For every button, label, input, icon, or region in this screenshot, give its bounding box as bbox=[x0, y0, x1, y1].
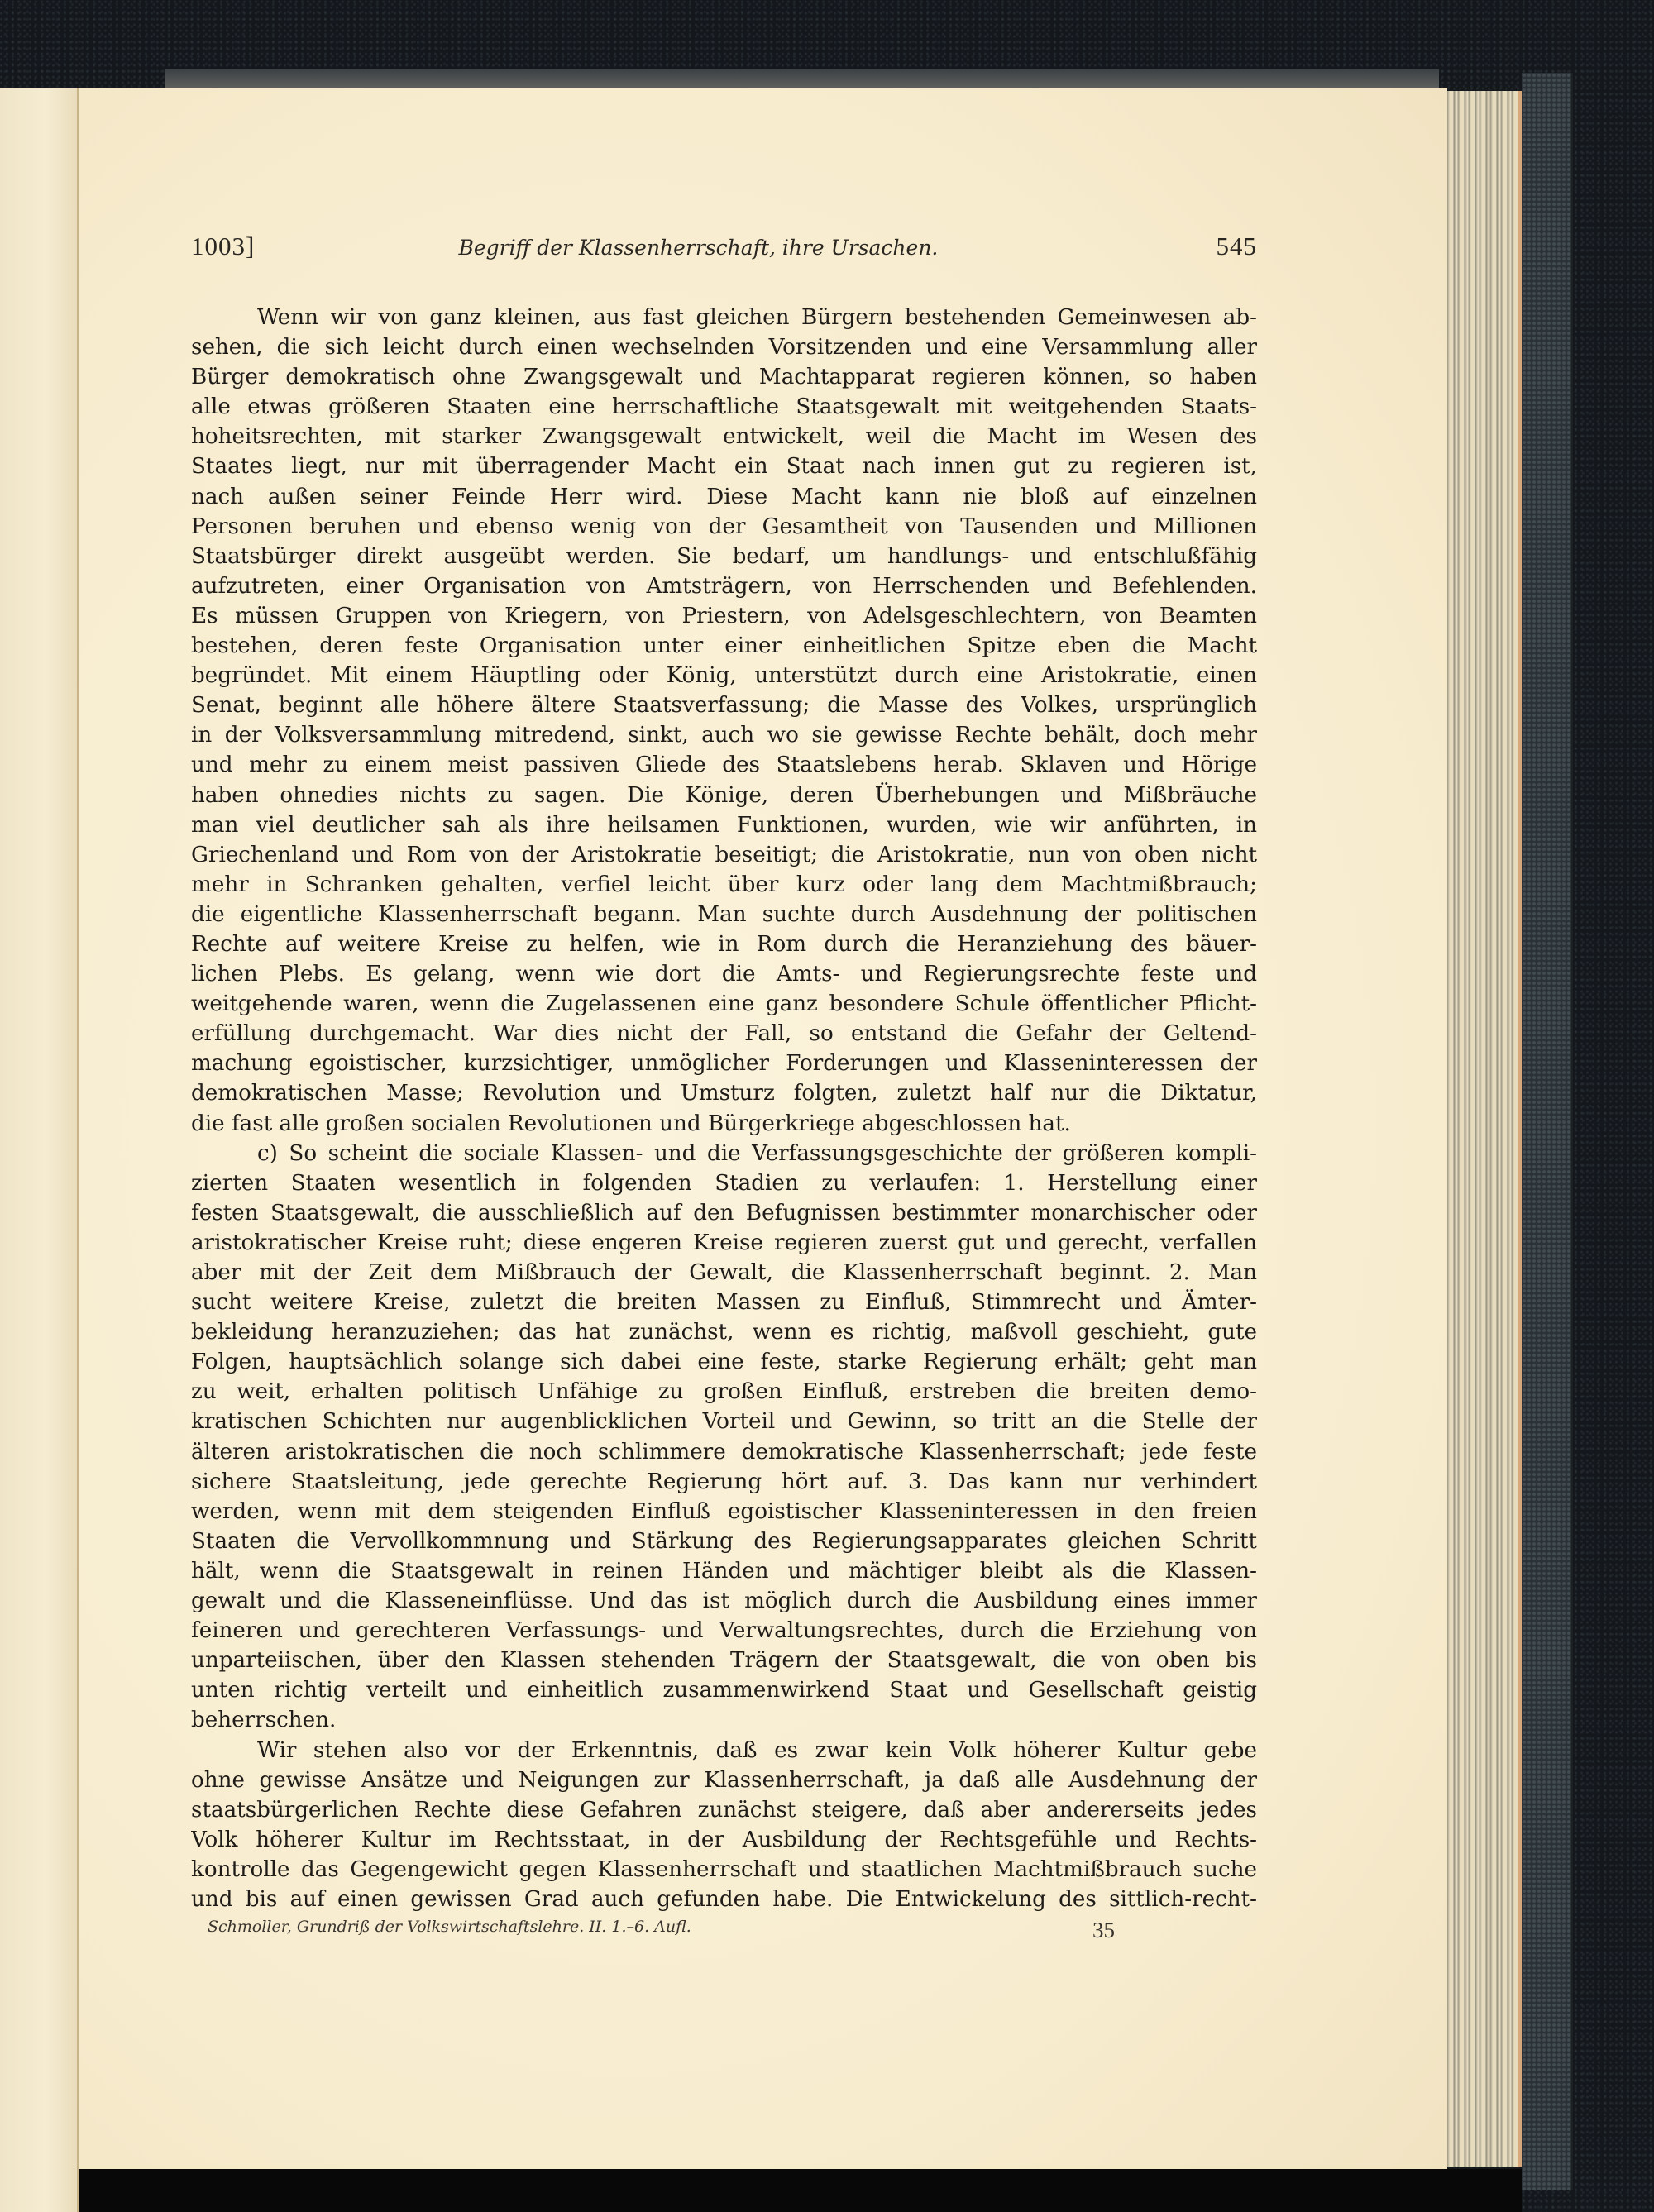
text-line: man viel deutlicher sah als ihre heilsam… bbox=[191, 810, 1257, 840]
text-line: staatsbürgerlichen Rechte diese Gefahren… bbox=[191, 1795, 1257, 1825]
page-footer: Schmoller, Grundriß der Volkswirtschafts… bbox=[191, 1918, 1257, 1942]
text-line: gewalt und die Klasseneinflüsse. Und das… bbox=[191, 1586, 1257, 1616]
text-line: bestehen, deren feste Organisation unter… bbox=[191, 631, 1257, 661]
footer-citation: Schmoller, Grundriß der Volkswirtschafts… bbox=[208, 1918, 691, 1936]
text-line: haben ohnedies nichts zu sagen. Die Köni… bbox=[191, 781, 1257, 810]
book-cover-right-edge bbox=[1522, 73, 1573, 2190]
text-line: c) So scheint die sociale Klassen- und d… bbox=[191, 1139, 1257, 1168]
text-line: demokratischen Masse; Revolution und Ums… bbox=[191, 1078, 1257, 1108]
text-line: älteren aristokratischen die noch schlim… bbox=[191, 1437, 1257, 1467]
text-line: Bürger demokratisch ohne Zwangsgewalt un… bbox=[191, 362, 1257, 392]
text-line: Staates liegt, nur mit überragender Mach… bbox=[191, 451, 1257, 481]
text-line: werden, wenn mit dem steigenden Einfluß … bbox=[191, 1497, 1257, 1526]
text-line: erfüllung durchgemacht. War dies nicht d… bbox=[191, 1019, 1257, 1049]
text-line: festen Staatsgewalt, die ausschließlich … bbox=[191, 1198, 1257, 1228]
text-line: Personen beruhen und ebenso wenig von de… bbox=[191, 512, 1257, 542]
text-line: zu weit, erhalten politisch Unfähige zu … bbox=[191, 1377, 1257, 1407]
text-line: bekleidung heranzuziehen; das hat zunäch… bbox=[191, 1317, 1257, 1347]
text-line: hoheitsrechten, mit starker Zwangsgewalt… bbox=[191, 422, 1257, 451]
text-line: zierten Staaten wesentlich in folgenden … bbox=[191, 1168, 1257, 1198]
text-line: kratischen Schichten nur augenblickliche… bbox=[191, 1407, 1257, 1436]
text-line: beherrschen. bbox=[191, 1705, 1257, 1735]
text-line: kontrolle das Gegengewicht gegen Klassen… bbox=[191, 1855, 1257, 1885]
signature-mark: 35 bbox=[1092, 1918, 1115, 1943]
text-line: Senat, beginnt alle höhere ältere Staats… bbox=[191, 690, 1257, 720]
text-line: Wenn wir von ganz kleinen, aus fast glei… bbox=[191, 303, 1257, 332]
text-line: unten richtig verteilt und einheitlich z… bbox=[191, 1675, 1257, 1705]
text-line: aristokratischer Kreise ruht; diese enge… bbox=[191, 1228, 1257, 1258]
text-line: sehen, die sich leicht durch einen wechs… bbox=[191, 332, 1257, 362]
text-line: aber mit der Zeit dem Mißbrauch der Gewa… bbox=[191, 1258, 1257, 1288]
text-line: und mehr zu einem meist passiven Gliede … bbox=[191, 750, 1257, 780]
bottom-shadow bbox=[79, 2169, 1522, 2212]
text-line: Es müssen Gruppen von Kriegern, von Prie… bbox=[191, 601, 1257, 631]
running-head: 1003] Begriff der Klassenherrschaft, ihr… bbox=[191, 232, 1257, 271]
text-line: Volk höherer Kultur im Rechtsstaat, in d… bbox=[191, 1825, 1257, 1855]
text-line: Rechte auf weitere Kreise zu helfen, wie… bbox=[191, 929, 1257, 959]
running-title: Begriff der Klassenherrschaft, ihre Ursa… bbox=[458, 236, 938, 260]
folio-left: 1003] bbox=[191, 232, 255, 261]
body-text: Wenn wir von ganz kleinen, aus fast glei… bbox=[191, 303, 1257, 1914]
text-line: weitgehende waren, wenn die Zugelassenen… bbox=[191, 989, 1257, 1019]
text-line: unparteiischen, über den Klassen stehend… bbox=[191, 1646, 1257, 1675]
text-line: aufzutreten, einer Organisation von Amts… bbox=[191, 571, 1257, 601]
text-line: Folgen, hauptsächlich solange sich dabei… bbox=[191, 1347, 1257, 1377]
page-number: 545 bbox=[1217, 232, 1258, 261]
page-content: 1003] Begriff der Klassenherrschaft, ihr… bbox=[191, 232, 1257, 1942]
text-line: Griechenland und Rom von der Aristokrati… bbox=[191, 840, 1257, 870]
text-line: mehr in Schranken gehalten, verfiel leic… bbox=[191, 870, 1257, 900]
text-line: machung egoistischer, kurzsichtiger, unm… bbox=[191, 1049, 1257, 1078]
text-line: hält, wenn die Staatsgewalt in reinen Hä… bbox=[191, 1556, 1257, 1586]
book-cover-top-edge bbox=[165, 69, 1439, 88]
text-line: nach außen seiner Feinde Herr wird. Dies… bbox=[191, 482, 1257, 512]
text-line: sucht weitere Kreise, zuletzt die breite… bbox=[191, 1288, 1257, 1317]
text-line: Staaten die Vervollkommnung und Stärkung… bbox=[191, 1526, 1257, 1556]
text-line: Wir stehen also vor der Erkenntnis, daß … bbox=[191, 1736, 1257, 1765]
text-line: lichen Plebs. Es gelang, wenn wie dort d… bbox=[191, 959, 1257, 989]
text-line: begründet. Mit einem Häuptling oder Köni… bbox=[191, 661, 1257, 690]
text-line: alle etwas größeren Staaten eine herrsch… bbox=[191, 392, 1257, 422]
text-line: feineren und gerechteren Verfassungs- un… bbox=[191, 1616, 1257, 1646]
text-line: und bis auf einen gewissen Grad auch gef… bbox=[191, 1885, 1257, 1914]
left-facing-page bbox=[0, 88, 79, 2212]
text-line: sichere Staatsleitung, jede gerechte Reg… bbox=[191, 1467, 1257, 1497]
text-line: die eigentliche Klassenherrschaft begann… bbox=[191, 900, 1257, 929]
text-line: ohne gewisse Ansätze und Neigungen zur K… bbox=[191, 1765, 1257, 1795]
page-block-edges bbox=[1439, 91, 1522, 2167]
text-line: die fast alle großen socialen Revolution… bbox=[191, 1109, 1257, 1139]
text-line: in der Volksversammlung mitredend, sinkt… bbox=[191, 720, 1257, 750]
text-line: Staatsbürger direkt ausgeübt werden. Sie… bbox=[191, 542, 1257, 571]
